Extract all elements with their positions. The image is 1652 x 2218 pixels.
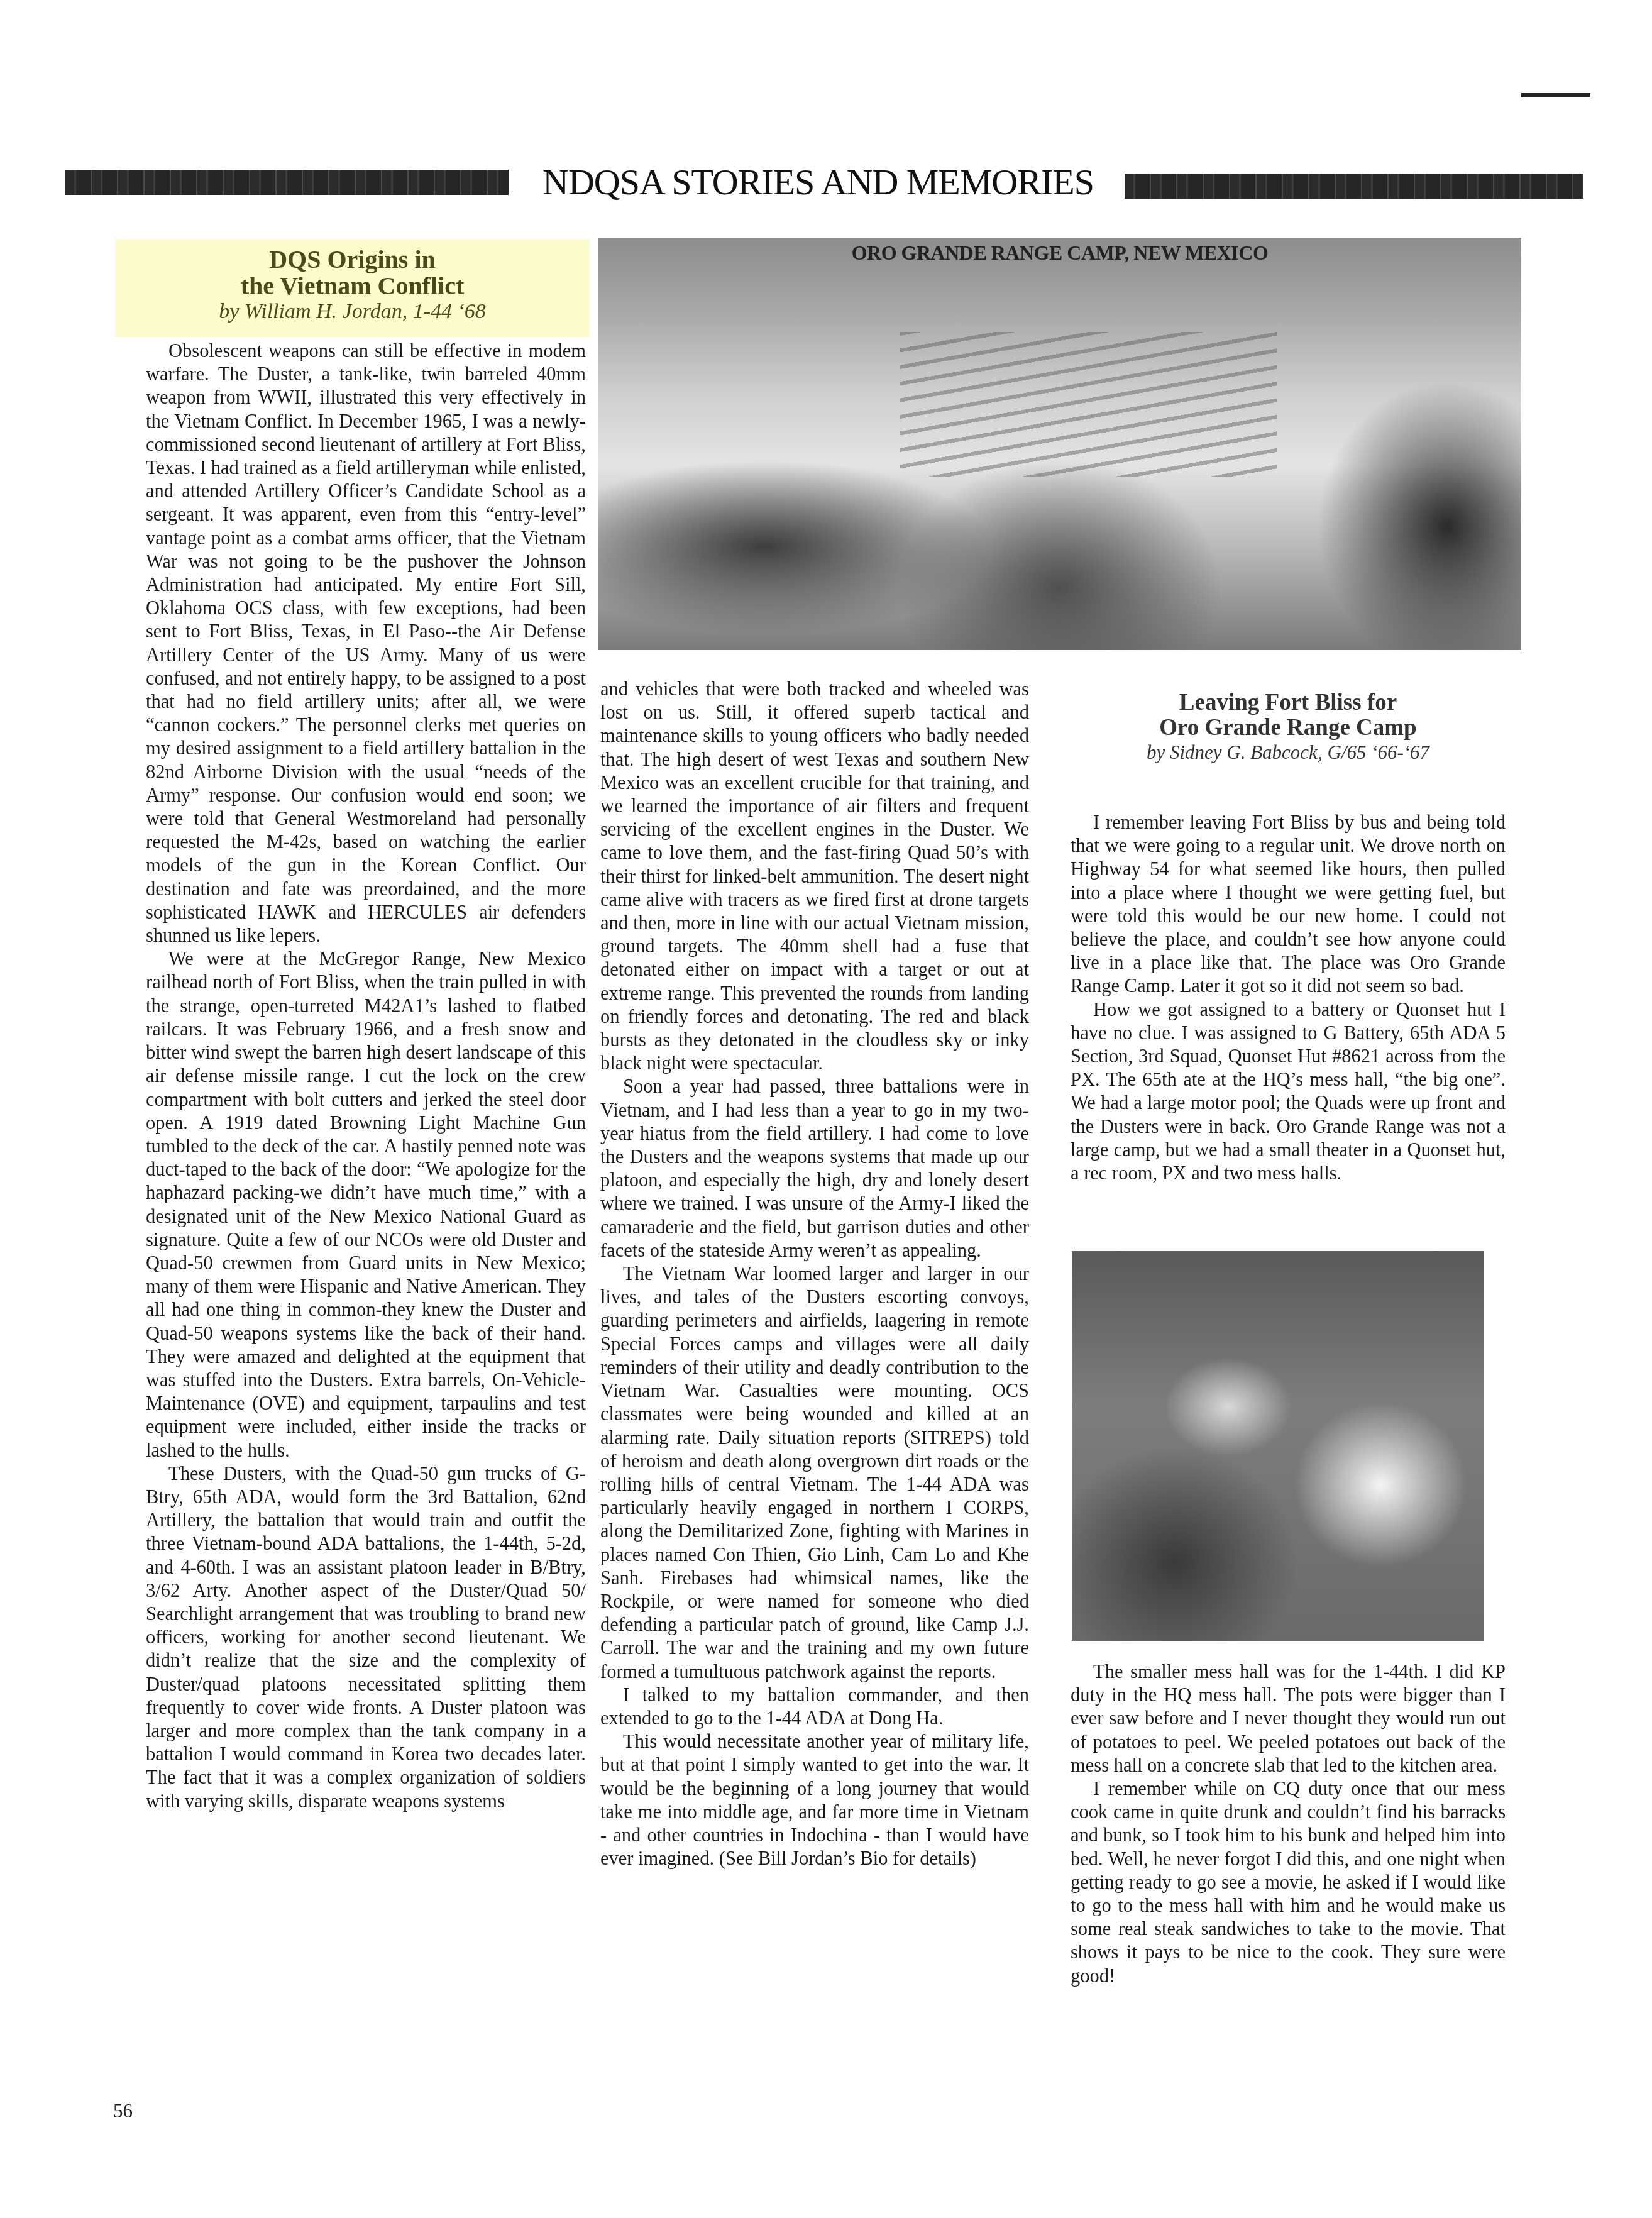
article2-paragraph: How we got assigned to a battery or Quon… — [1071, 998, 1506, 1186]
article1-title-box: DQS Origins in the Vietnam Conflict by W… — [115, 239, 590, 337]
scan-corner-mark — [1521, 93, 1590, 97]
article1-paragraph: and vehicles that were both tracked and … — [600, 678, 1029, 1075]
mess-hall-photo — [1072, 1251, 1484, 1641]
photo-caption: ORO GRANDE RANGE CAMP, NEW MEXICO — [598, 241, 1521, 265]
article2-heading: Leaving Fort Bliss for Oro Grande Range … — [1071, 690, 1506, 764]
article2-title-line2: Oro Grande Range Camp — [1071, 715, 1506, 741]
banner-bar-left — [65, 170, 509, 195]
article2-byline: by Sidney G. Babcock, G/65 ‘66-‘67 — [1071, 741, 1506, 764]
article1-paragraph: I talked to my battalion commander, and … — [600, 1684, 1029, 1730]
article1-paragraph: The Vietnam War loomed larger and larger… — [600, 1262, 1029, 1684]
article1-title-line2: the Vietnam Conflict — [115, 273, 590, 299]
section-title: NDQSA STORIES AND MEMORIES — [518, 161, 1118, 203]
article2-paragraph: I remember leaving Fort Bliss by bus and… — [1071, 811, 1506, 998]
section-banner: NDQSA STORIES AND MEMORIES — [65, 165, 1524, 202]
article2-column-top: I remember leaving Fort Bliss by bus and… — [1071, 811, 1506, 1185]
article2-column-bottom: The smaller mess hall was for the 1-44th… — [1071, 1660, 1506, 1988]
article1-paragraph: These Dusters, with the Quad-50 gun truc… — [146, 1462, 586, 1813]
oro-grande-camp-photo: ORO GRANDE RANGE CAMP, NEW MEXICO — [598, 238, 1521, 650]
article2-title-line1: Leaving Fort Bliss for — [1071, 690, 1506, 715]
article1-column-left: Obsolescent weapons can still be effecti… — [146, 339, 586, 1813]
article1-column-middle: and vehicles that were both tracked and … — [600, 678, 1029, 1870]
article1-paragraph: This would necessitate another year of m… — [600, 1730, 1029, 1870]
article1-title-line1: DQS Origins in — [115, 246, 590, 273]
article1-byline: by William H. Jordan, 1-44 ‘68 — [115, 299, 590, 324]
page-number: 56 — [113, 2100, 133, 2122]
camp-buildings-texture — [900, 332, 1277, 477]
article1-paragraph: Soon a year had passed, three battalions… — [600, 1075, 1029, 1262]
article1-paragraph: Obsolescent weapons can still be effecti… — [146, 339, 586, 947]
article2-paragraph: I remember while on CQ duty once that ou… — [1071, 1777, 1506, 1988]
banner-bar-right — [1125, 174, 1583, 199]
article2-paragraph: The smaller mess hall was for the 1-44th… — [1071, 1660, 1506, 1777]
article1-paragraph: We were at the McGregor Range, New Mexic… — [146, 947, 586, 1462]
